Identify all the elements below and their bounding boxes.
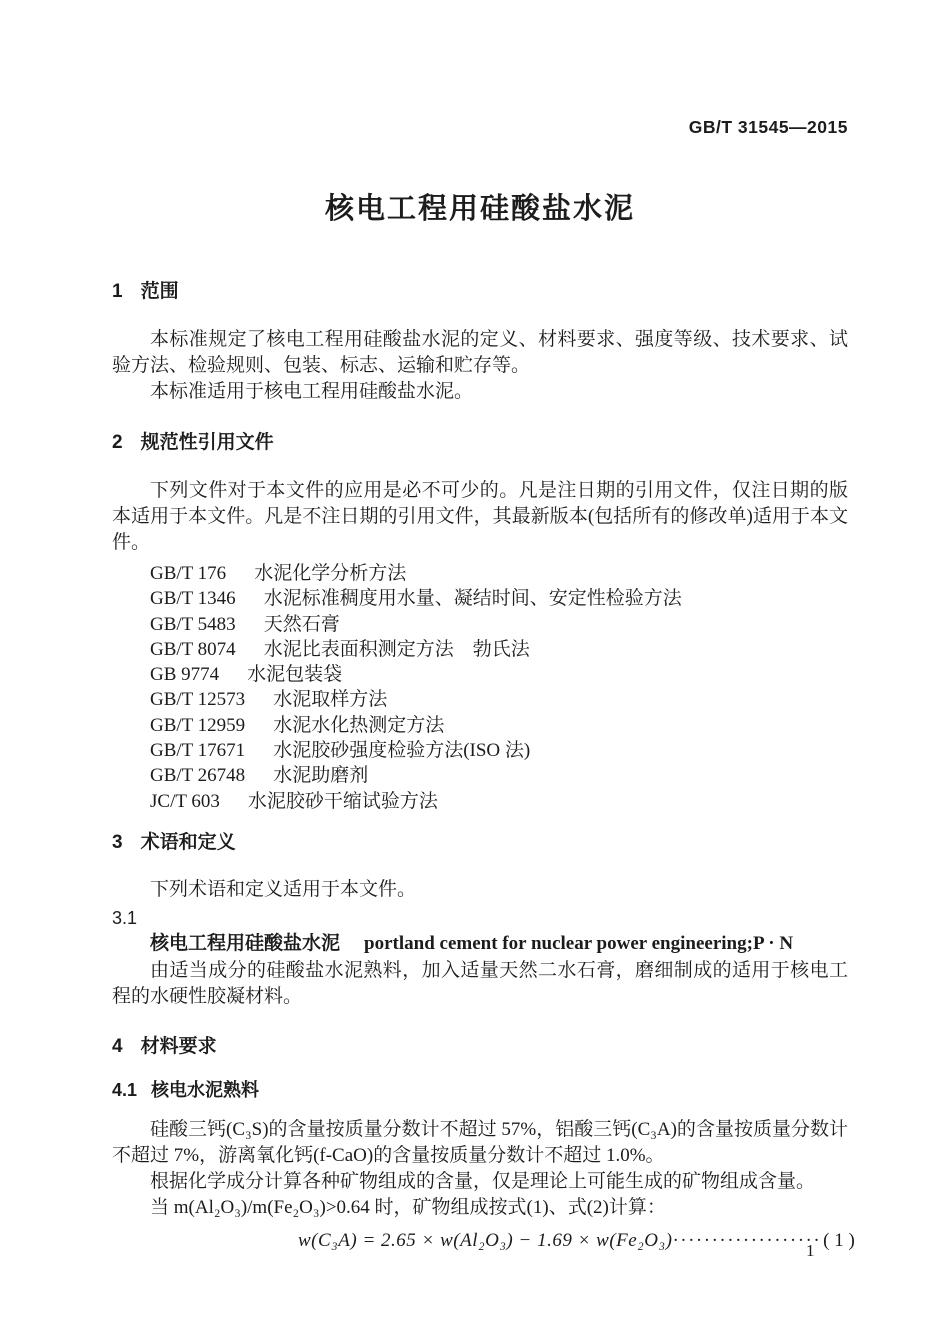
- reference-code: GB/T 8074: [150, 639, 236, 660]
- document-page: GB/T 31545—2015 核电工程用硅酸盐水泥 1范围 本标准规定了核电工…: [0, 0, 950, 1342]
- section-4-1-title: 核电水泥熟料: [151, 1080, 259, 1100]
- equation-1-leader: ···················( 1 ): [672, 1227, 854, 1255]
- section-3-title: 术语和定义: [141, 832, 236, 853]
- section-1-title: 范围: [141, 281, 179, 302]
- equation-1-number: ( 1 ): [823, 1230, 855, 1251]
- section-3-intro: 下列术语和定义适用于本文件。: [112, 877, 848, 903]
- reference-code: GB 9774: [150, 664, 219, 685]
- reference-item: GB/T 12959水泥水化热测定方法: [112, 713, 848, 738]
- reference-item: GB/T 17671水泥胶砂强度检验方法(ISO 法): [112, 738, 848, 763]
- reference-title: 水泥胶砂干缩试验方法: [248, 791, 438, 812]
- section-2-number: 2: [112, 432, 123, 453]
- term-english: portland cement for nuclear power engine…: [364, 933, 793, 954]
- clause-4-1-paragraph-1: 硅酸三钙(C₃S)的含量按质量分数计不超过 57%，铝酸三钙(C₃A)的含量按质…: [112, 1117, 848, 1169]
- reference-title: 水泥助磨剂: [273, 765, 368, 786]
- standard-code: GB/T 31545—2015: [112, 0, 848, 136]
- reference-title: 水泥取样方法: [273, 689, 387, 710]
- section-2-title: 规范性引用文件: [141, 432, 274, 453]
- reference-item: GB/T 26748水泥助磨剂: [112, 763, 848, 788]
- term-chinese: 核电工程用硅酸盐水泥: [150, 933, 340, 954]
- reference-title: 天然石膏: [264, 614, 340, 635]
- reference-code: GB/T 1346: [150, 588, 236, 609]
- section-3-heading: 3术语和定义: [112, 833, 848, 853]
- reference-code: GB/T 5483: [150, 614, 236, 635]
- section-1-number: 1: [112, 281, 123, 302]
- document-title: 核电工程用硅酸盐水泥: [112, 192, 848, 226]
- reference-title: 水泥化学分析方法: [254, 563, 406, 584]
- equation-1-dots: ···················: [672, 1230, 821, 1251]
- term-definition-heading: 核电工程用硅酸盐水泥portland cement for nuclear po…: [112, 932, 848, 956]
- reference-code: JC/T 603: [150, 791, 220, 812]
- section-1-heading: 1范围: [112, 282, 848, 302]
- reference-title: 水泥比表面积测定方法 勃氏法: [264, 639, 530, 660]
- reference-item: GB 9774水泥包装袋: [112, 662, 848, 687]
- section-2-heading: 2规范性引用文件: [112, 433, 848, 453]
- equation-1: w(C₃A) = 2.65 × w(Al₂O₃) − 1.69 × w(Fe₂O…: [112, 1227, 848, 1255]
- section-2-intro: 下列文件对于本文件的应用是必不可少的。凡是注日期的引用文件，仅注日期的版本适用于…: [112, 478, 848, 556]
- reference-title: 水泥包装袋: [247, 664, 342, 685]
- reference-title: 水泥标准稠度用水量、凝结时间、安定性检验方法: [264, 588, 682, 609]
- reference-list: GB/T 176水泥化学分析方法 GB/T 1346水泥标准稠度用水量、凝结时间…: [112, 561, 848, 814]
- page-content: GB/T 31545—2015 核电工程用硅酸盐水泥 1范围 本标准规定了核电工…: [0, 0, 950, 1255]
- page-number: 1: [806, 1242, 815, 1260]
- section-1-paragraph-1: 本标准规定了核电工程用硅酸盐水泥的定义、材料要求、强度等级、技术要求、试验方法、…: [112, 327, 848, 379]
- reference-item: GB/T 8074水泥比表面积测定方法 勃氏法: [112, 637, 848, 662]
- reference-item: JC/T 603水泥胶砂干缩试验方法: [112, 789, 848, 814]
- reference-item: GB/T 5483天然石膏: [112, 612, 848, 637]
- reference-item: GB/T 12573水泥取样方法: [112, 687, 848, 712]
- section-4-title: 材料要求: [141, 1036, 217, 1057]
- section-4-1-heading: 4.1核电水泥熟料: [112, 1080, 848, 1100]
- reference-item: GB/T 176水泥化学分析方法: [112, 561, 848, 586]
- section-3-number: 3: [112, 832, 123, 853]
- reference-title: 水泥水化热测定方法: [273, 715, 444, 736]
- section-4-heading: 4材料要求: [112, 1037, 848, 1057]
- term-definition-body: 由适当成分的硅酸盐水泥熟料，加入适量天然二水石膏，磨细制成的适用于核电工程的水硬…: [112, 958, 848, 1010]
- clause-4-1-paragraph-3: 当 m(Al₂O₃)/m(Fe₂O₃)>0.64 时，矿物组成按式(1)、式(2…: [112, 1195, 848, 1221]
- clause-3-1-number: 3.1: [112, 907, 848, 929]
- reference-code: GB/T 176: [150, 563, 226, 584]
- reference-code: GB/T 12573: [150, 689, 245, 710]
- reference-code: GB/T 26748: [150, 765, 245, 786]
- reference-item: GB/T 1346水泥标准稠度用水量、凝结时间、安定性检验方法: [112, 586, 848, 611]
- equation-1-expression: w(C₃A) = 2.65 × w(Al₂O₃) − 1.69 × w(Fe₂O…: [298, 1227, 672, 1255]
- reference-title: 水泥胶砂强度检验方法(ISO 法): [273, 740, 530, 761]
- reference-code: GB/T 12959: [150, 715, 245, 736]
- clause-4-1-paragraph-2: 根据化学成分计算各种矿物组成的含量，仅是理论上可能生成的矿物组成含量。: [112, 1169, 848, 1195]
- reference-code: GB/T 17671: [150, 740, 245, 761]
- section-1-paragraph-2: 本标准适用于核电工程用硅酸盐水泥。: [112, 379, 848, 405]
- section-4-1-number: 4.1: [112, 1080, 137, 1100]
- section-4-number: 4: [112, 1036, 123, 1057]
